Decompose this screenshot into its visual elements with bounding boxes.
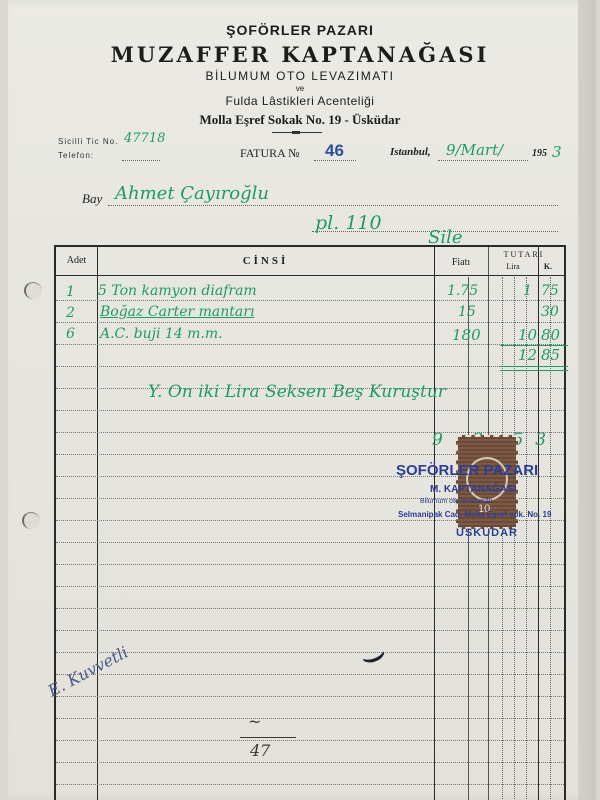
- row-cinsi: Boğaz Carter mantarı: [100, 304, 254, 320]
- row-line: [56, 366, 564, 367]
- row-fiati: 1.75: [447, 283, 478, 299]
- amount-in-words: Y. On iki Lira Seksen Beş Kuruştur: [148, 382, 446, 402]
- sicil-value: 47718: [124, 131, 165, 146]
- ornament-divider: [272, 132, 322, 133]
- row-tutar-lira: 10: [518, 326, 537, 344]
- fatura-number: 46: [325, 141, 344, 161]
- punch-hole-top: [24, 282, 42, 299]
- bay-label: Bay: [82, 191, 102, 207]
- header-adet: Adet: [56, 255, 97, 266]
- row-line: [56, 564, 564, 565]
- customer-name: Ahmet Çayıroğlu: [115, 183, 269, 204]
- total-kurus: 85: [541, 346, 560, 364]
- telefon-line: [122, 160, 160, 161]
- row-cinsi: A.C. buji 14 m.m.: [100, 326, 223, 342]
- row-line: [56, 630, 564, 631]
- row-adet: 2: [66, 305, 75, 321]
- year-handwritten: 3: [552, 143, 562, 161]
- row-line: [56, 674, 564, 675]
- date-handwritten: 9/Mart/: [446, 141, 503, 159]
- stamp-line1: ŞOFÖRLER PAZARI: [396, 462, 538, 479]
- header-cinsi: CİNSİ: [97, 255, 434, 267]
- letterhead-line1: BİLUMUM OTO LEVAZIMATI: [0, 69, 600, 83]
- row-tutar-kurus: 30: [541, 304, 559, 320]
- punch-hole-bottom: [22, 512, 40, 529]
- sicil-label: Sicilli Tic No.: [58, 137, 118, 146]
- row-line: [56, 652, 564, 653]
- row-line: [56, 696, 564, 697]
- total-double-rule-1: [500, 366, 568, 367]
- stamp-line3: Bilumum oto levazımatı: [420, 498, 493, 505]
- row-line: [56, 784, 564, 785]
- company-name: MUZAFFER KAPTANAĞASI: [0, 42, 600, 67]
- row-line: [56, 608, 564, 609]
- row-tutar-kurus: 75: [541, 283, 559, 299]
- row-cinsi: 5 Ton kamyon diafram: [98, 283, 257, 299]
- header-tutari: TUTARI: [488, 250, 560, 259]
- header-lira: Lira: [496, 262, 530, 271]
- city-label: Istanbul,: [390, 146, 431, 158]
- row-line: [56, 586, 564, 587]
- row-line: [56, 344, 564, 345]
- year-printed: 195: [532, 148, 547, 159]
- header-kurus: K.: [538, 262, 558, 271]
- row-line: [56, 542, 564, 543]
- letterhead-top-line: ŞOFÖRLER PAZARI: [0, 22, 600, 38]
- row-line: [56, 300, 564, 301]
- row-tutar-lira: 1: [523, 283, 532, 299]
- letterhead-line2: Fulda Lâstikleri Acenteliği: [0, 94, 600, 108]
- customer-line: [108, 205, 558, 206]
- row-line: [56, 410, 564, 411]
- row-adet: 6: [66, 326, 75, 342]
- row-tutar-kurus: 80: [541, 326, 560, 344]
- stamp-line5: ÜSKÜDAR: [456, 527, 518, 539]
- letterhead-address: Molla Eşref Sokak No. 19 - Üsküdar: [0, 112, 600, 128]
- fatura-label: FATURA №: [240, 146, 300, 161]
- header-rule: [56, 275, 564, 276]
- total-double-rule-2: [500, 370, 568, 371]
- row-line: [56, 762, 564, 763]
- row-line: [56, 322, 564, 323]
- letterhead-ve: ve: [0, 84, 600, 93]
- row-line: [56, 740, 564, 741]
- stamp-line4: Selmanipak Cad. Molla Eşref sok. No. 19: [398, 510, 551, 519]
- row-fiati: 180: [452, 326, 481, 344]
- telefon-label: Telefon:: [58, 151, 94, 160]
- row-fiati: 15: [458, 304, 476, 320]
- header-fiati: Fiatı: [434, 257, 488, 268]
- customer-plate: pl. 110: [315, 212, 382, 234]
- pencil-note-bottom: 47: [250, 741, 270, 760]
- total-lira: 12: [518, 346, 537, 364]
- date-line: [438, 160, 528, 161]
- row-line: [56, 718, 564, 719]
- pencil-note-top: ~: [248, 712, 261, 731]
- stamp-line2: M. KAPTANAĞASI: [430, 484, 516, 495]
- row-adet: 1: [66, 284, 75, 300]
- pencil-note-rule: [240, 737, 296, 738]
